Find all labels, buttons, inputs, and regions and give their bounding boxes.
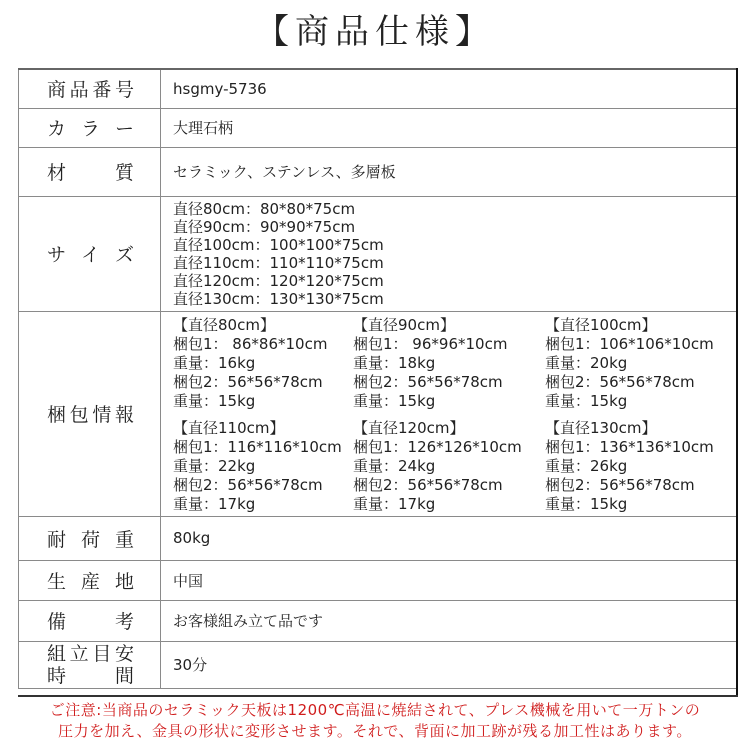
row-packing: 梱 包 情 報 【直径80cm】 梱包1： 86*86*10cm 重量：16kg… [19, 311, 737, 516]
pack-group-120: 【直径120cm】 梱包1：126*126*10cm 重量：24kg 梱包2：5… [353, 419, 545, 514]
pack-group-80: 【直径80cm】 梱包1： 86*86*10cm 重量：16kg 梱包2：56*… [173, 316, 353, 411]
row-assembly-time: 組 立 目 安 時 間 30分 [19, 641, 737, 688]
size-line: 直径120cm：120*120*75cm [173, 272, 736, 290]
label-load: 耐 荷 重 [19, 525, 160, 552]
value-color: 大理石柄 [161, 108, 737, 147]
label-product-no: 商 品 番 号 [19, 75, 160, 102]
label-color: カ ラ ー [19, 114, 160, 141]
page-title: 【商品仕様】 [0, 10, 750, 54]
value-material: セラミック、ステンレス、多層板 [161, 147, 737, 196]
value-load: 80kg [161, 516, 737, 560]
pack-group-100: 【直径100cm】 梱包1：106*106*10cm 重量：20kg 梱包2：5… [545, 316, 735, 411]
label-assembly-time: 組 立 目 安 時 間 [19, 643, 160, 687]
value-product-no: hsgmy-5736 [161, 69, 737, 108]
size-line: 直径110cm：110*110*75cm [173, 254, 736, 272]
row-size: サ イ ズ 直径80cm：80*80*75cm 直径90cm：90*90*75c… [19, 196, 737, 311]
size-line: 直径80cm：80*80*75cm [173, 200, 736, 218]
size-line: 直径100cm：100*100*75cm [173, 236, 736, 254]
table-bottom-border [18, 695, 738, 697]
label-origin: 生 産 地 [19, 567, 160, 594]
label-material: 材 質 [19, 158, 160, 185]
row-product-no: 商 品 番 号 hsgmy-5736 [19, 69, 737, 108]
label-size: サ イ ズ [19, 240, 160, 267]
row-load: 耐 荷 重 80kg [19, 516, 737, 560]
caution-note: ご注意:当商品のセラミック天板は1200℃高温に焼結されて、プレス機械を用いて一… [0, 700, 750, 742]
pack-group-110: 【直径110cm】 梱包1：116*116*10cm 重量：22kg 梱包2：5… [173, 419, 353, 514]
row-remarks: 備 考 お客様組み立て品です [19, 600, 737, 641]
row-color: カ ラ ー 大理石柄 [19, 108, 737, 147]
value-origin: 中国 [161, 560, 737, 600]
caution-line-2: 圧力を加え、金具の形状に変形させます。それで、背面に加工跡が残る加工性はあります… [0, 721, 750, 742]
pack-group-90: 【直径90cm】 梱包1： 96*96*10cm 重量：18kg 梱包2：56*… [353, 316, 545, 411]
size-line: 直径130cm：130*130*75cm [173, 290, 736, 308]
value-packing: 【直径80cm】 梱包1： 86*86*10cm 重量：16kg 梱包2：56*… [161, 311, 737, 516]
label-remarks: 備 考 [19, 607, 160, 634]
row-origin: 生 産 地 中国 [19, 560, 737, 600]
size-line: 直径90cm：90*90*75cm [173, 218, 736, 236]
spec-table: 商 品 番 号 hsgmy-5736 カ ラ ー 大理石柄 材 質 セラミック、… [18, 68, 737, 689]
value-remarks: お客様組み立て品です [161, 600, 737, 641]
value-size: 直径80cm：80*80*75cm 直径90cm：90*90*75cm 直径10… [161, 196, 737, 311]
row-material: 材 質 セラミック、ステンレス、多層板 [19, 147, 737, 196]
value-assembly-time: 30分 [161, 641, 737, 688]
pack-group-130: 【直径130cm】 梱包1：136*136*10cm 重量：26kg 梱包2：5… [545, 419, 735, 514]
caution-line-1: ご注意:当商品のセラミック天板は1200℃高温に焼結されて、プレス機械を用いて一… [0, 700, 750, 721]
label-packing: 梱 包 情 報 [19, 400, 160, 427]
table-right-border [736, 68, 738, 697]
